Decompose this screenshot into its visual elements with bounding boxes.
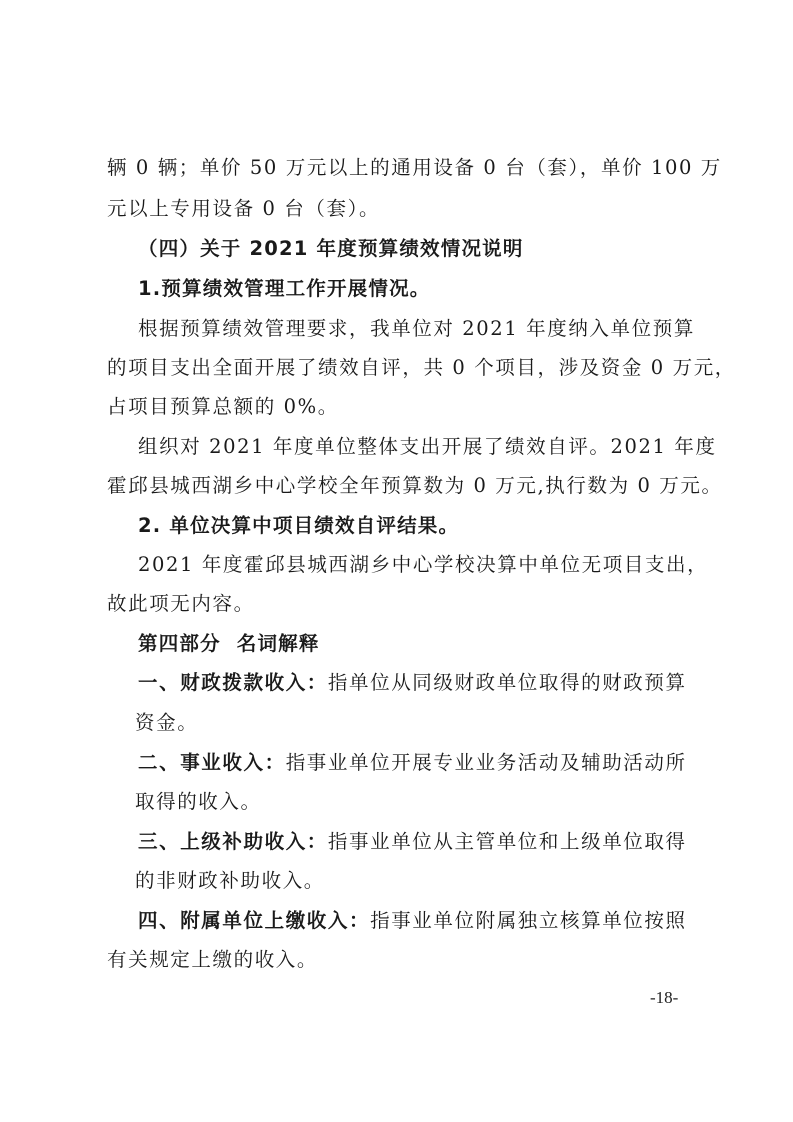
definition-text: 指事业单位开展专业业务活动及辅助活动所 (286, 751, 687, 774)
definition-term: 三、上级补助收入： (138, 830, 328, 853)
subsection-heading-management: 1.预算绩效管理工作开展情况。 (138, 277, 692, 301)
paragraph-line: 2021 年度霍邱县城西湖乡中心学校决算中单位无项目支出， (138, 553, 692, 577)
paragraph-line: 的项目支出全面开展了绩效自评，共 0 个项目，涉及资金 0 万元， (107, 356, 692, 380)
subsection-heading-results: 2. 单位决算中项目绩效自评结果。 (138, 514, 692, 538)
definition-continuation: 取得的收入。 (135, 790, 692, 814)
document-page: 辆 0 辆；单价 50 万元以上的通用设备 0 台（套），单价 100 万 元以… (0, 0, 793, 1122)
paragraph-line: 组织对 2021 年度单位整体支出开展了绩效自评。2021 年度 (138, 435, 692, 459)
definition-term: 二、事业收入： (138, 751, 286, 774)
paragraph-line: 故此项无内容。 (107, 592, 692, 616)
definition-text: 指事业单位附属独立核算单位按照 (370, 909, 687, 932)
part-heading-glossary: 第四部分 名词解释 (138, 632, 692, 656)
definition-term: 四、附属单位上缴收入： (138, 909, 370, 932)
definition-superior-subsidy: 三、上级补助收入：指事业单位从主管单位和上级单位取得 (138, 830, 692, 854)
definition-fiscal-appropriation: 一、财政拨款收入：指单位从同级财政单位取得的财政预算 (138, 671, 692, 695)
definition-text: 指单位从同级财政单位取得的财政预算 (328, 671, 687, 694)
paragraph-line: 占项目预算总额的 0%。 (107, 395, 692, 419)
paragraph-line: 根据预算绩效管理要求，我单位对 2021 年度纳入单位预算 (138, 317, 692, 341)
paragraph-line: 元以上专用设备 0 台（套）。 (107, 197, 692, 221)
paragraph-line: 辆 0 辆；单价 50 万元以上的通用设备 0 台（套），单价 100 万 (107, 156, 692, 180)
section-heading-budget-performance: （四）关于 2021 年度预算绩效情况说明 (138, 237, 692, 261)
definition-affiliated-remittance: 四、附属单位上缴收入：指事业单位附属独立核算单位按照 (138, 909, 692, 933)
definition-text: 指事业单位从主管单位和上级单位取得 (328, 830, 687, 853)
page-number: -18- (650, 988, 678, 1008)
definition-term: 一、财政拨款收入： (138, 671, 328, 694)
paragraph-line: 霍邱县城西湖乡中心学校全年预算数为 0 万元,执行数为 0 万元。 (107, 474, 692, 498)
definition-continuation: 资金。 (135, 711, 692, 735)
definition-continuation: 的非财政补助收入。 (135, 869, 692, 893)
definition-business-income: 二、事业收入：指事业单位开展专业业务活动及辅助活动所 (138, 751, 692, 775)
definition-continuation: 有关规定上缴的收入。 (107, 948, 692, 972)
